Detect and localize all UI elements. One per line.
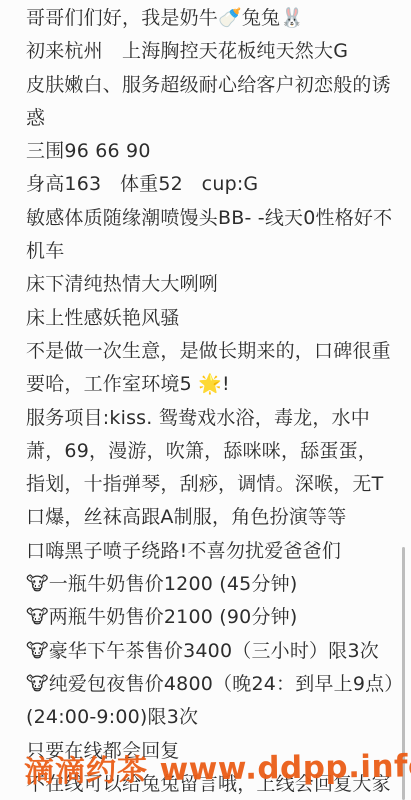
post-line-price-2: 🐮两瓶牛奶售价2100 (90分钟) <box>26 601 395 634</box>
post-line-stats: 身高163 体重52 cup:G <box>26 168 395 201</box>
post-line-personality-1: 床下清纯热情大大咧咧 <box>26 268 395 301</box>
post-body: 哥哥们们好，我是奶牛🍼兔兔🐰 初来杭州 上海胸控天花板纯天然大G 皮肤嫩白、服务… <box>0 0 411 800</box>
post-line-price-3: 🐮豪华下午茶售价3400（三小时）限3次 <box>26 635 395 668</box>
page: { "page": { "background": "#fcfcfc", "te… <box>0 0 411 800</box>
post-line-measurements: 三围96 66 90 <box>26 135 395 168</box>
post-line-warning: 口嗨黑子喷子绕路!不喜勿扰爱爸爸们 <box>26 535 395 568</box>
post-line-greeting: 哥哥们们好，我是奶牛🍼兔兔🐰 <box>26 2 395 35</box>
post-line-traits: 敏感体质随缘潮喷馒头BB- -线天0性格好不机车 <box>26 202 395 269</box>
post-line-reply-note-2: 不在线可以给兔兔留言哦，上线会回复大家 <box>26 768 395 800</box>
post-line-studio: 不是做一次生意，是做长期来的，口碑很重要哈，工作室环境5 🌟! <box>26 335 395 402</box>
post-line-reply-note-1: 只要在线都会回复 <box>26 735 395 768</box>
post-line-personality-2: 床上性感妖艳风骚 <box>26 302 395 335</box>
post-line-price-1: 🐮一瓶牛奶售价1200 (45分钟) <box>26 568 395 601</box>
post-line-price-4: 🐮纯爱包夜售价4800（晚24：到早上9点）(24:00-9:00)限3次 <box>26 668 395 735</box>
post-line-services: 服务项目:kiss. 鸳鸯戏水浴，毒龙，水中萧，69，漫游，吹箫，舔咪咪，舔蛋蛋… <box>26 402 395 535</box>
post-line-description: 皮肤嫩白、服务超级耐心给客户初恋般的诱惑 <box>26 69 395 136</box>
scrollbar-thumb[interactable] <box>402 547 405 800</box>
post-line-intro: 初来杭州 上海胸控天花板纯天然大G <box>26 35 395 68</box>
